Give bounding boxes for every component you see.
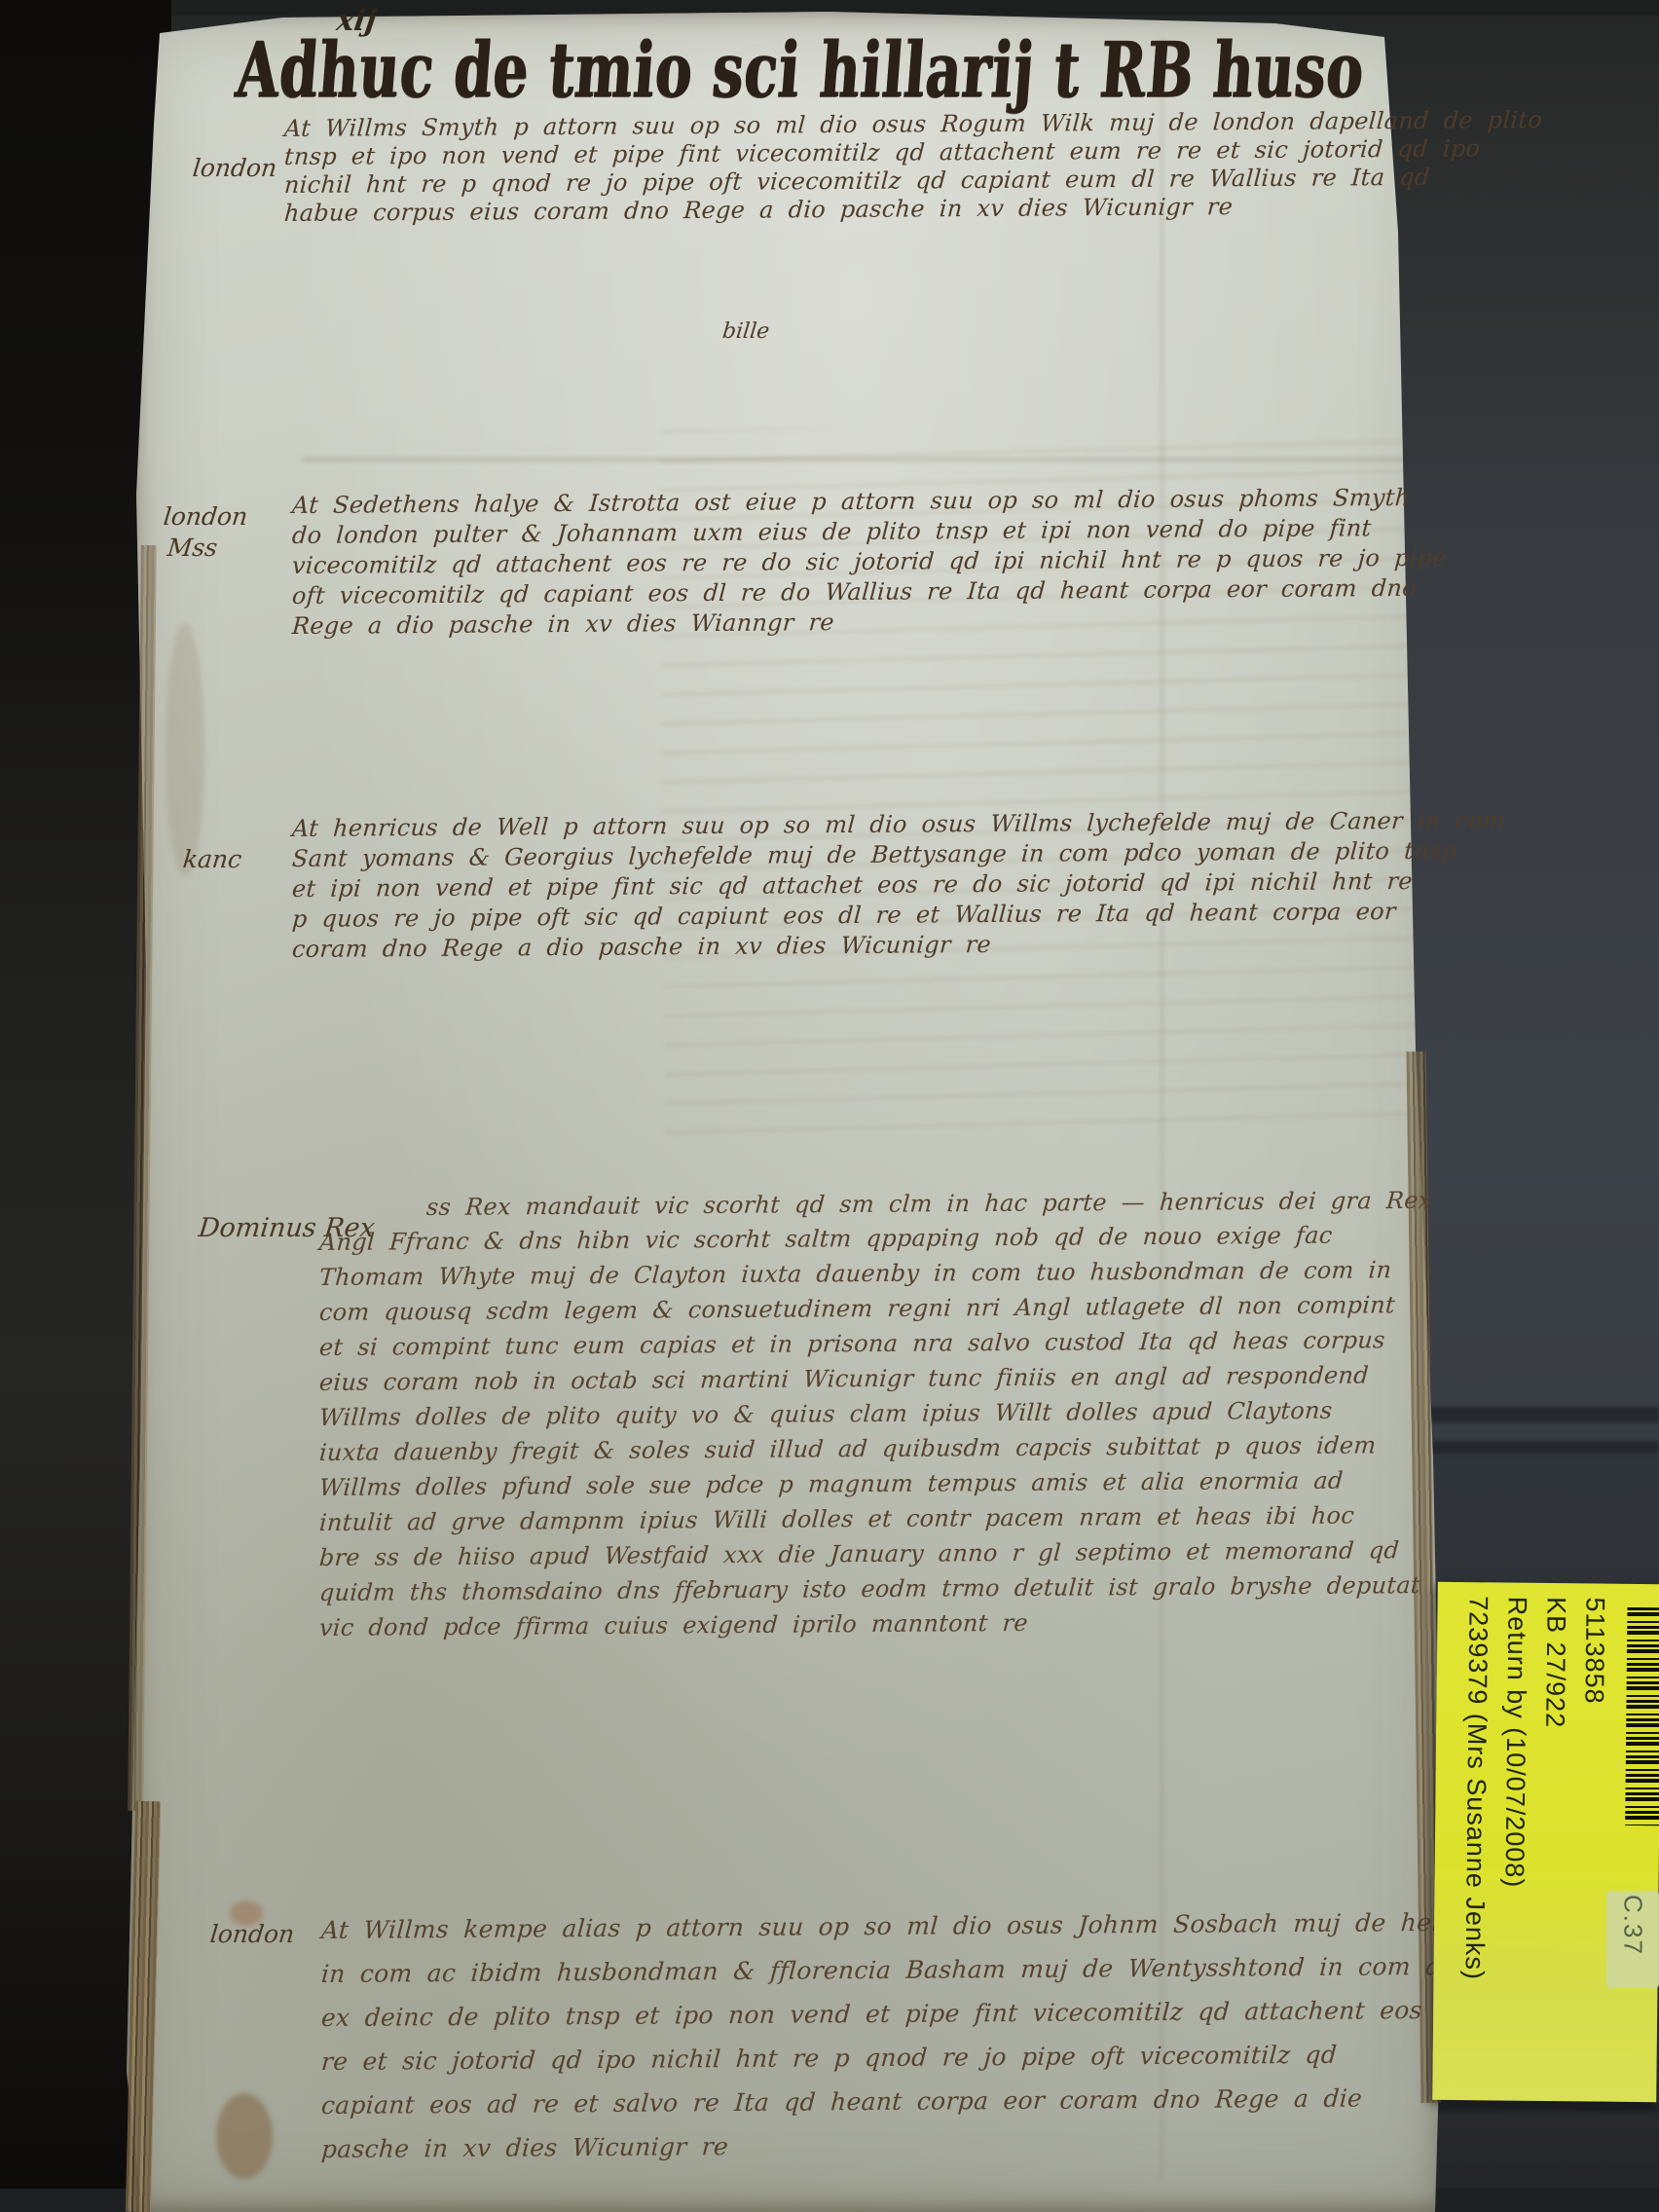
table-seam xyxy=(1392,1407,1659,1422)
manuscript-line: vic dond pdce ffirma cuius exigend ipril… xyxy=(318,1603,1433,1645)
ink-stain xyxy=(216,2093,273,2179)
manuscript-photo: xij Adhuc de tmio sci hillarij t RB huso… xyxy=(0,0,1659,2212)
slip-return-by: Return by (10/07/2008) xyxy=(1496,1597,1531,2095)
plea-entry-2: At Sedethens halye & Istrotta ost eiue p… xyxy=(292,491,1447,642)
slip-requester: 7239379 (Mrs Susanne Jenks) xyxy=(1457,1596,1493,2094)
plea-entry-4: ss Rex mandauit vic scorht qd sm clm in … xyxy=(426,1190,1432,1645)
plea-entry-1: At Willms Smyth p attorn suu op so ml di… xyxy=(284,115,1542,228)
shelf-tag-letter: C. xyxy=(1618,1895,1648,1924)
margin-caption-county-2b: Mss xyxy=(166,534,218,562)
plea-entry-3: At henricus de Well p attorn suu op so m… xyxy=(292,814,1505,965)
damp-stain xyxy=(166,623,204,876)
margin-caption-county-5: london xyxy=(208,1920,295,1948)
parchment-page xyxy=(127,8,1451,2212)
catchword: bille xyxy=(721,319,771,344)
parchment-crease xyxy=(1161,37,1163,2179)
roll-heading-script: Adhuc de tmio sci hillarij t RB huso xyxy=(233,25,1135,115)
shelf-tag-number: 37 xyxy=(1618,1924,1648,1956)
margin-caption-county-3: kanc xyxy=(181,845,242,873)
slip-document-reference: KB 27/922 xyxy=(1535,1597,1570,2095)
slip-order-number: 5113858 xyxy=(1574,1597,1609,2095)
plea-entry-5: At Willms kempe alias p attorn suu op so… xyxy=(321,1908,1494,2171)
barcode xyxy=(1625,1607,1659,1825)
manuscript-line: pasche in xv dies Wicunigr re xyxy=(320,2120,1496,2171)
archive-order-slip: 5113858 KB 27/922 Return by (10/07/2008)… xyxy=(1432,1582,1659,2102)
shelf-tag: C. 37 xyxy=(1606,1891,1659,1988)
margin-caption-county-1: london xyxy=(191,154,277,182)
parchment-crease xyxy=(302,458,1509,461)
margin-caption-county-2: london xyxy=(162,502,248,531)
